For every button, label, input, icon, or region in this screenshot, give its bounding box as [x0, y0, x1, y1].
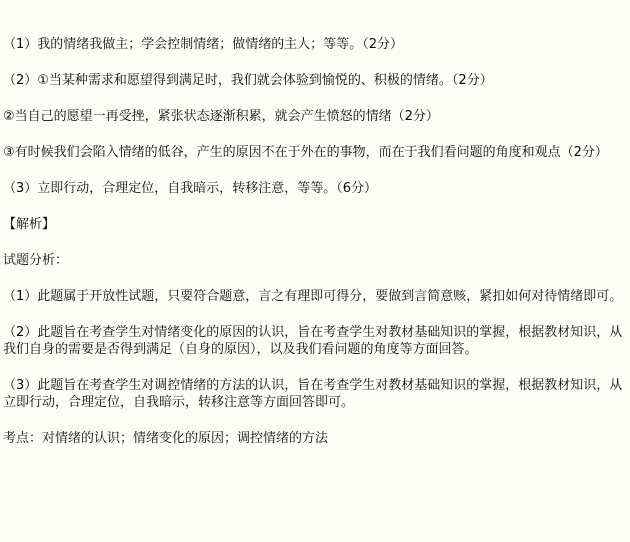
analysis-paragraph-3: （3）此题旨在考查学生对调控情绪的方法的认识，旨在考查学生对教材基础知识的掌握，…: [3, 377, 626, 411]
answer-line-4: ③有时候我们会陷入情绪的低谷，产生的原因不在于外在的事物，而在于我们看问题的角度…: [3, 144, 626, 161]
answer-line-3: ②当自己的愿望一再受挫，紧张状态逐渐积累，就会产生愤怒的情绪（2分）: [3, 108, 626, 125]
analysis-paragraph-1: （1）此题属于开放性试题，只要符合题意，言之有理即可得分，要做到言简意赅，紧扣如…: [3, 288, 626, 305]
answer-line-5: （3）立即行动，合理定位，自我暗示，转移注意，等等。（6分）: [3, 180, 626, 197]
answer-line-1: （1）我的情绪我做主；学会控制情绪；做情绪的主人；等等。（2分）: [3, 36, 626, 53]
analysis-header: 【解析】: [3, 216, 626, 233]
analysis-subheader: 试题分析：: [3, 252, 626, 269]
exam-points-line: 考点：对情绪的认识；情绪变化的原因；调控情绪的方法: [3, 430, 626, 447]
exam-answer-document: （1）我的情绪我做主；学会控制情绪；做情绪的主人；等等。（2分） （2）①当某种…: [0, 0, 630, 542]
answer-line-2: （2）①当某种需求和愿望得到满足时，我们就会体验到愉悦的、积极的情绪。（2分）: [3, 72, 626, 89]
analysis-paragraph-2: （2）此题旨在考查学生对情绪变化的原因的认识，旨在考查学生对教材基础知识的掌握，…: [3, 324, 626, 358]
